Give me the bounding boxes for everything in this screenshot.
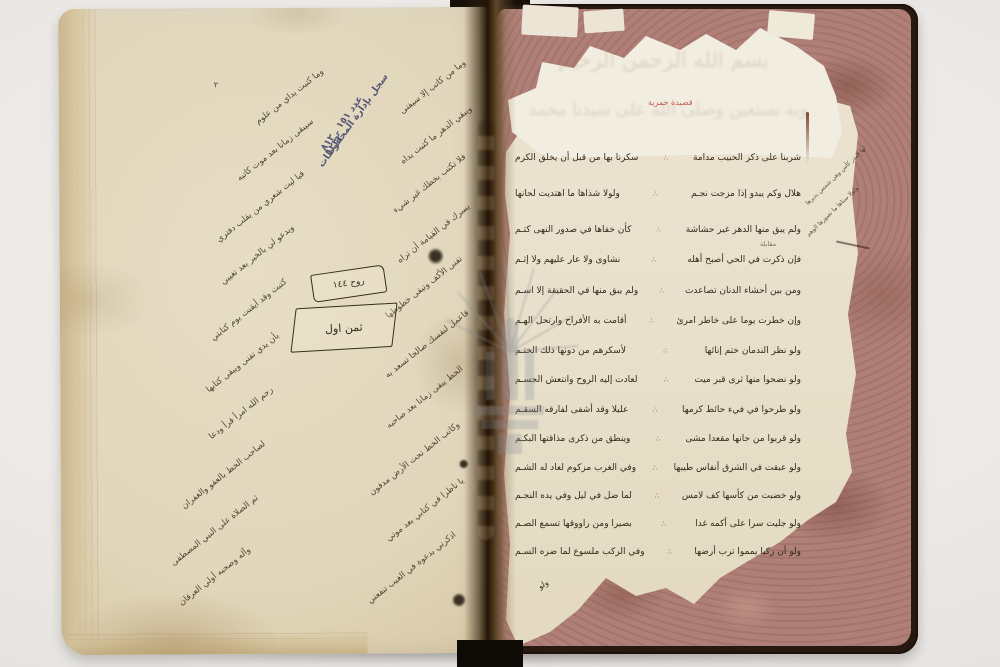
verse-divider-icon: ∴ — [663, 154, 667, 162]
left-page: ٢ وما من كاتب إلا سيفنى ويبقي الدهر ما ك… — [58, 7, 493, 655]
hemistich-left: عليلا وقد أشفى لفارقه السقـم — [515, 405, 628, 415]
verse-row: شربنا على ذكر الحبيب مدامة∴سكرنا بها من … — [515, 150, 801, 165]
verse-divider-icon: ∴ — [655, 492, 659, 500]
verse-row: ولو خضبت من كأسها كف لامس∴لما ضل في ليل … — [515, 488, 801, 503]
verse-row: هلال وكم يبدو إذا مزجت نجـم∴ولولا شذاها … — [515, 186, 801, 201]
hemistich-left: وفي الغرب مزكوم لعاد له الشـم — [515, 463, 636, 473]
hemistich-left: نشاوى ولا عار عليهم ولا إثـم — [515, 255, 620, 265]
verse-divider-icon: ∴ — [653, 406, 657, 414]
verse-row: ولو عبقت في الشرق أنفاس طيبها∴وفي الغرب … — [515, 460, 801, 475]
verse-divider-icon: ∴ — [663, 347, 667, 355]
hemistich-right: ومن بين أحشاء الدنان تصاعدت — [685, 286, 801, 296]
verse-divider-icon: ∴ — [661, 520, 665, 528]
hemistich-left: سكرنا بها من قبل أن يخلق الكرم — [515, 153, 638, 163]
hemistich-right: ولو طرحوا في فيء حائط كرمها — [682, 405, 801, 415]
hemistich-right: ولو نظر الندمان ختم إنائها — [705, 346, 801, 356]
verse-divider-icon: ∴ — [664, 376, 668, 384]
folio-mark: ٢ — [214, 80, 218, 89]
verse-row: ولو جليت سرا على أكمه غدا∴بصيرا ومن راوو… — [515, 516, 801, 531]
verse-row: ولو طرحوا في فيء حائط كرمها∴عليلا وقد أش… — [515, 402, 801, 417]
verse-divider-icon: ∴ — [653, 190, 657, 198]
repair-patch-piece — [767, 10, 815, 40]
hemistich-left: لما ضل في ليل وفي يده النجـم — [515, 491, 632, 501]
hemistich-left: وفي الركب ملسوع لما ضره السـم — [515, 547, 645, 557]
verse-row: ولم يبق منها الدهر غير حشاشة∴كأن خفاها ف… — [515, 222, 801, 237]
hemistich-right: وإن خطرت يوما على خاطر امرئ — [677, 316, 801, 326]
ownership-stamp-box: ثمن اول — [290, 303, 397, 353]
verse-divider-icon: ∴ — [653, 464, 657, 472]
hemistich-left: أقامت به الأفراح وارتحل الهـم — [515, 316, 627, 326]
verse-row: ولو أن ركبا يمموا ترب أرضها∴وفي الركب مل… — [515, 544, 801, 559]
repair-patch-piece — [583, 9, 624, 34]
hemistich-left: ولم يبق منها في الحقيقة إلا اسـم — [515, 286, 638, 296]
hemistich-right: ولو جليت سرا على أكمه غدا — [695, 519, 801, 529]
spine-gutter — [464, 0, 516, 658]
hemistich-right: ولو أن ركبا يمموا ترب أرضها — [694, 547, 801, 557]
hemistich-right: شربنا على ذكر الحبيب مدامة — [693, 153, 801, 163]
hemistich-right: هلال وكم يبدو إذا مزجت نجـم — [691, 189, 801, 199]
verse-row: فإن ذكرت في الحي أصبح أهله∴نشاوى ولا عار… — [515, 252, 801, 267]
verse-divider-icon: ∴ — [649, 317, 653, 325]
hemistich-right: فإن ذكرت في الحي أصبح أهله — [687, 255, 801, 265]
verse-divider-icon: ∴ — [667, 548, 671, 556]
hemistich-left: وينطق من ذكرى مذاقتها البكـم — [515, 434, 630, 444]
hemistich-left: بصيرا ومن راووقها تسمع الصـم — [515, 519, 632, 529]
verse-row: وإن خطرت يوما على خاطر امرئ∴أقامت به الأ… — [515, 313, 801, 328]
verse-divider-icon: ∴ — [652, 256, 656, 264]
showthrough-text: بسم الله الرحمن الرحيم — [558, 48, 769, 72]
hemistich-left: ولولا شذاها ما اهتديت لحانها — [515, 189, 620, 199]
verse-row: ولو نظر الندمان ختم إنائها∴لأسكرهم من دو… — [515, 343, 801, 358]
hemistich-right: ولو نضحوا منها ثرى قبر ميت — [694, 375, 801, 385]
manuscript-photo: ٢ وما من كاتب إلا سيفنى ويبقي الدهر ما ك… — [0, 0, 1000, 667]
verse-divider-icon: ∴ — [656, 226, 660, 234]
hemistich-left: لأسكرهم من دونها ذلك الختـم — [515, 346, 626, 356]
ink-blot — [428, 247, 444, 265]
hemistich-right: ولو خضبت من كأسها كف لامس — [682, 491, 801, 501]
hemistich-right: ولو قربوا من حانها مقعدا مشى — [685, 434, 801, 444]
verse-row: ولو قربوا من حانها مقعدا مشى∴وينطق من ذك… — [515, 431, 801, 446]
collation-mark: مقابلة — [760, 240, 776, 248]
ownership-stamp-text: ثمن اول — [325, 320, 363, 335]
hemistich-left: لعادت إليه الروح وانتعش الجسـم — [515, 375, 638, 385]
verse-divider-icon: ∴ — [656, 435, 660, 443]
hemistich-right: ولو عبقت في الشرق أنفاس طيبها — [674, 463, 801, 473]
spine-tail — [457, 640, 523, 667]
rubric-title: قصيدة خمرية — [648, 98, 693, 107]
verse-divider-icon: ∴ — [659, 287, 663, 295]
right-page: بسم الله الرحمن الرحيم وبه نستعين وصلى ا… — [498, 4, 918, 654]
shelfmark-stamp-text: روح ١٤٤ — [332, 276, 365, 290]
hemistich-right: ولم يبق منها الدهر غير حشاشة — [686, 225, 801, 235]
verse-row: ومن بين أحشاء الدنان تصاعدت∴ولم يبق منها… — [515, 283, 801, 298]
repair-patch-piece — [521, 5, 578, 38]
hemistich-left: كأن خفاها في صدور النهى كتـم — [515, 225, 631, 235]
verse-row: ولو نضحوا منها ثرى قبر ميت∴لعادت إليه ال… — [515, 372, 801, 387]
